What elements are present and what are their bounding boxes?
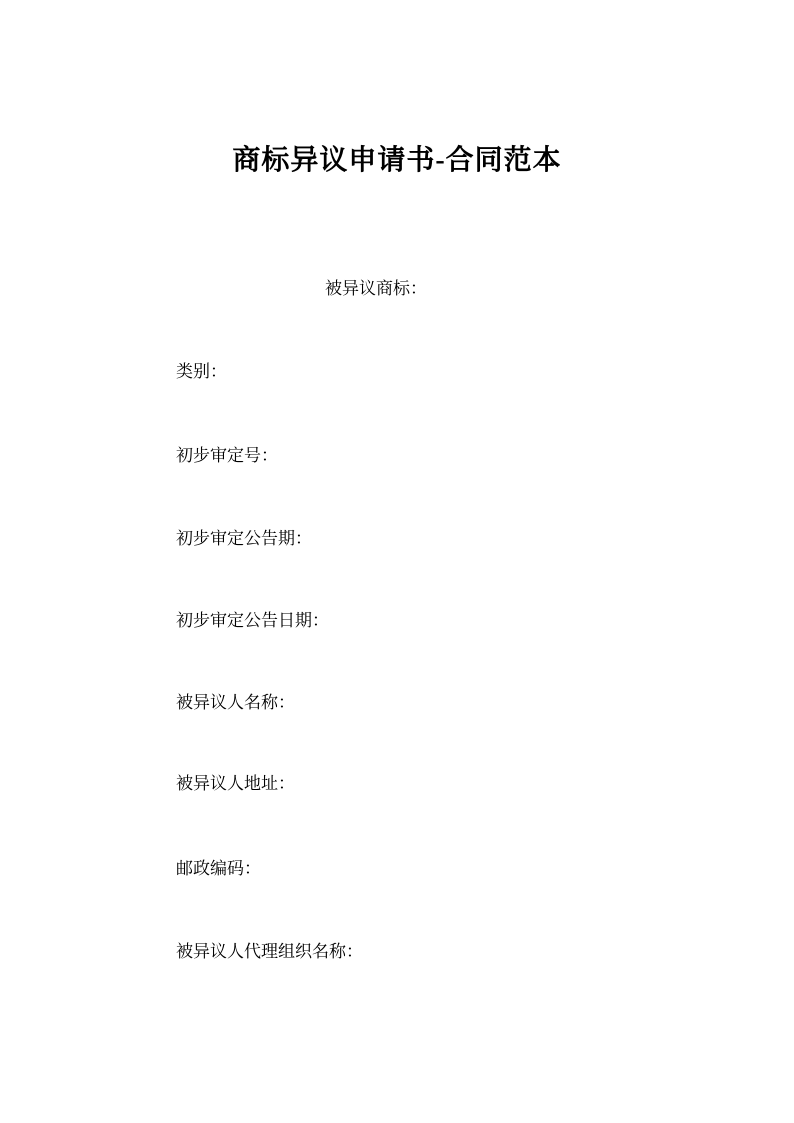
field-preliminary-approval-gazette-date: 初步审定公告日期： <box>176 611 329 631</box>
document-title: 商标异议申请书-合同范本 <box>0 144 794 178</box>
field-opposed-party-address: 被异议人地址： <box>176 774 295 794</box>
field-opposed-party-name: 被异议人名称： <box>176 693 295 713</box>
document-page: 商标异议申请书-合同范本 被异议商标： 类别： 初步审定号： 初步审定公告期： … <box>0 0 794 1123</box>
field-postal-code: 邮政编码： <box>176 859 261 879</box>
field-preliminary-approval-gazette-period: 初步审定公告期： <box>176 529 312 549</box>
field-category: 类别： <box>176 362 227 382</box>
field-opposed-party-agent-name: 被异议人代理组织名称： <box>176 942 363 962</box>
field-opposed-trademark: 被异议商标： <box>325 279 427 299</box>
field-preliminary-approval-number: 初步审定号： <box>176 446 278 466</box>
